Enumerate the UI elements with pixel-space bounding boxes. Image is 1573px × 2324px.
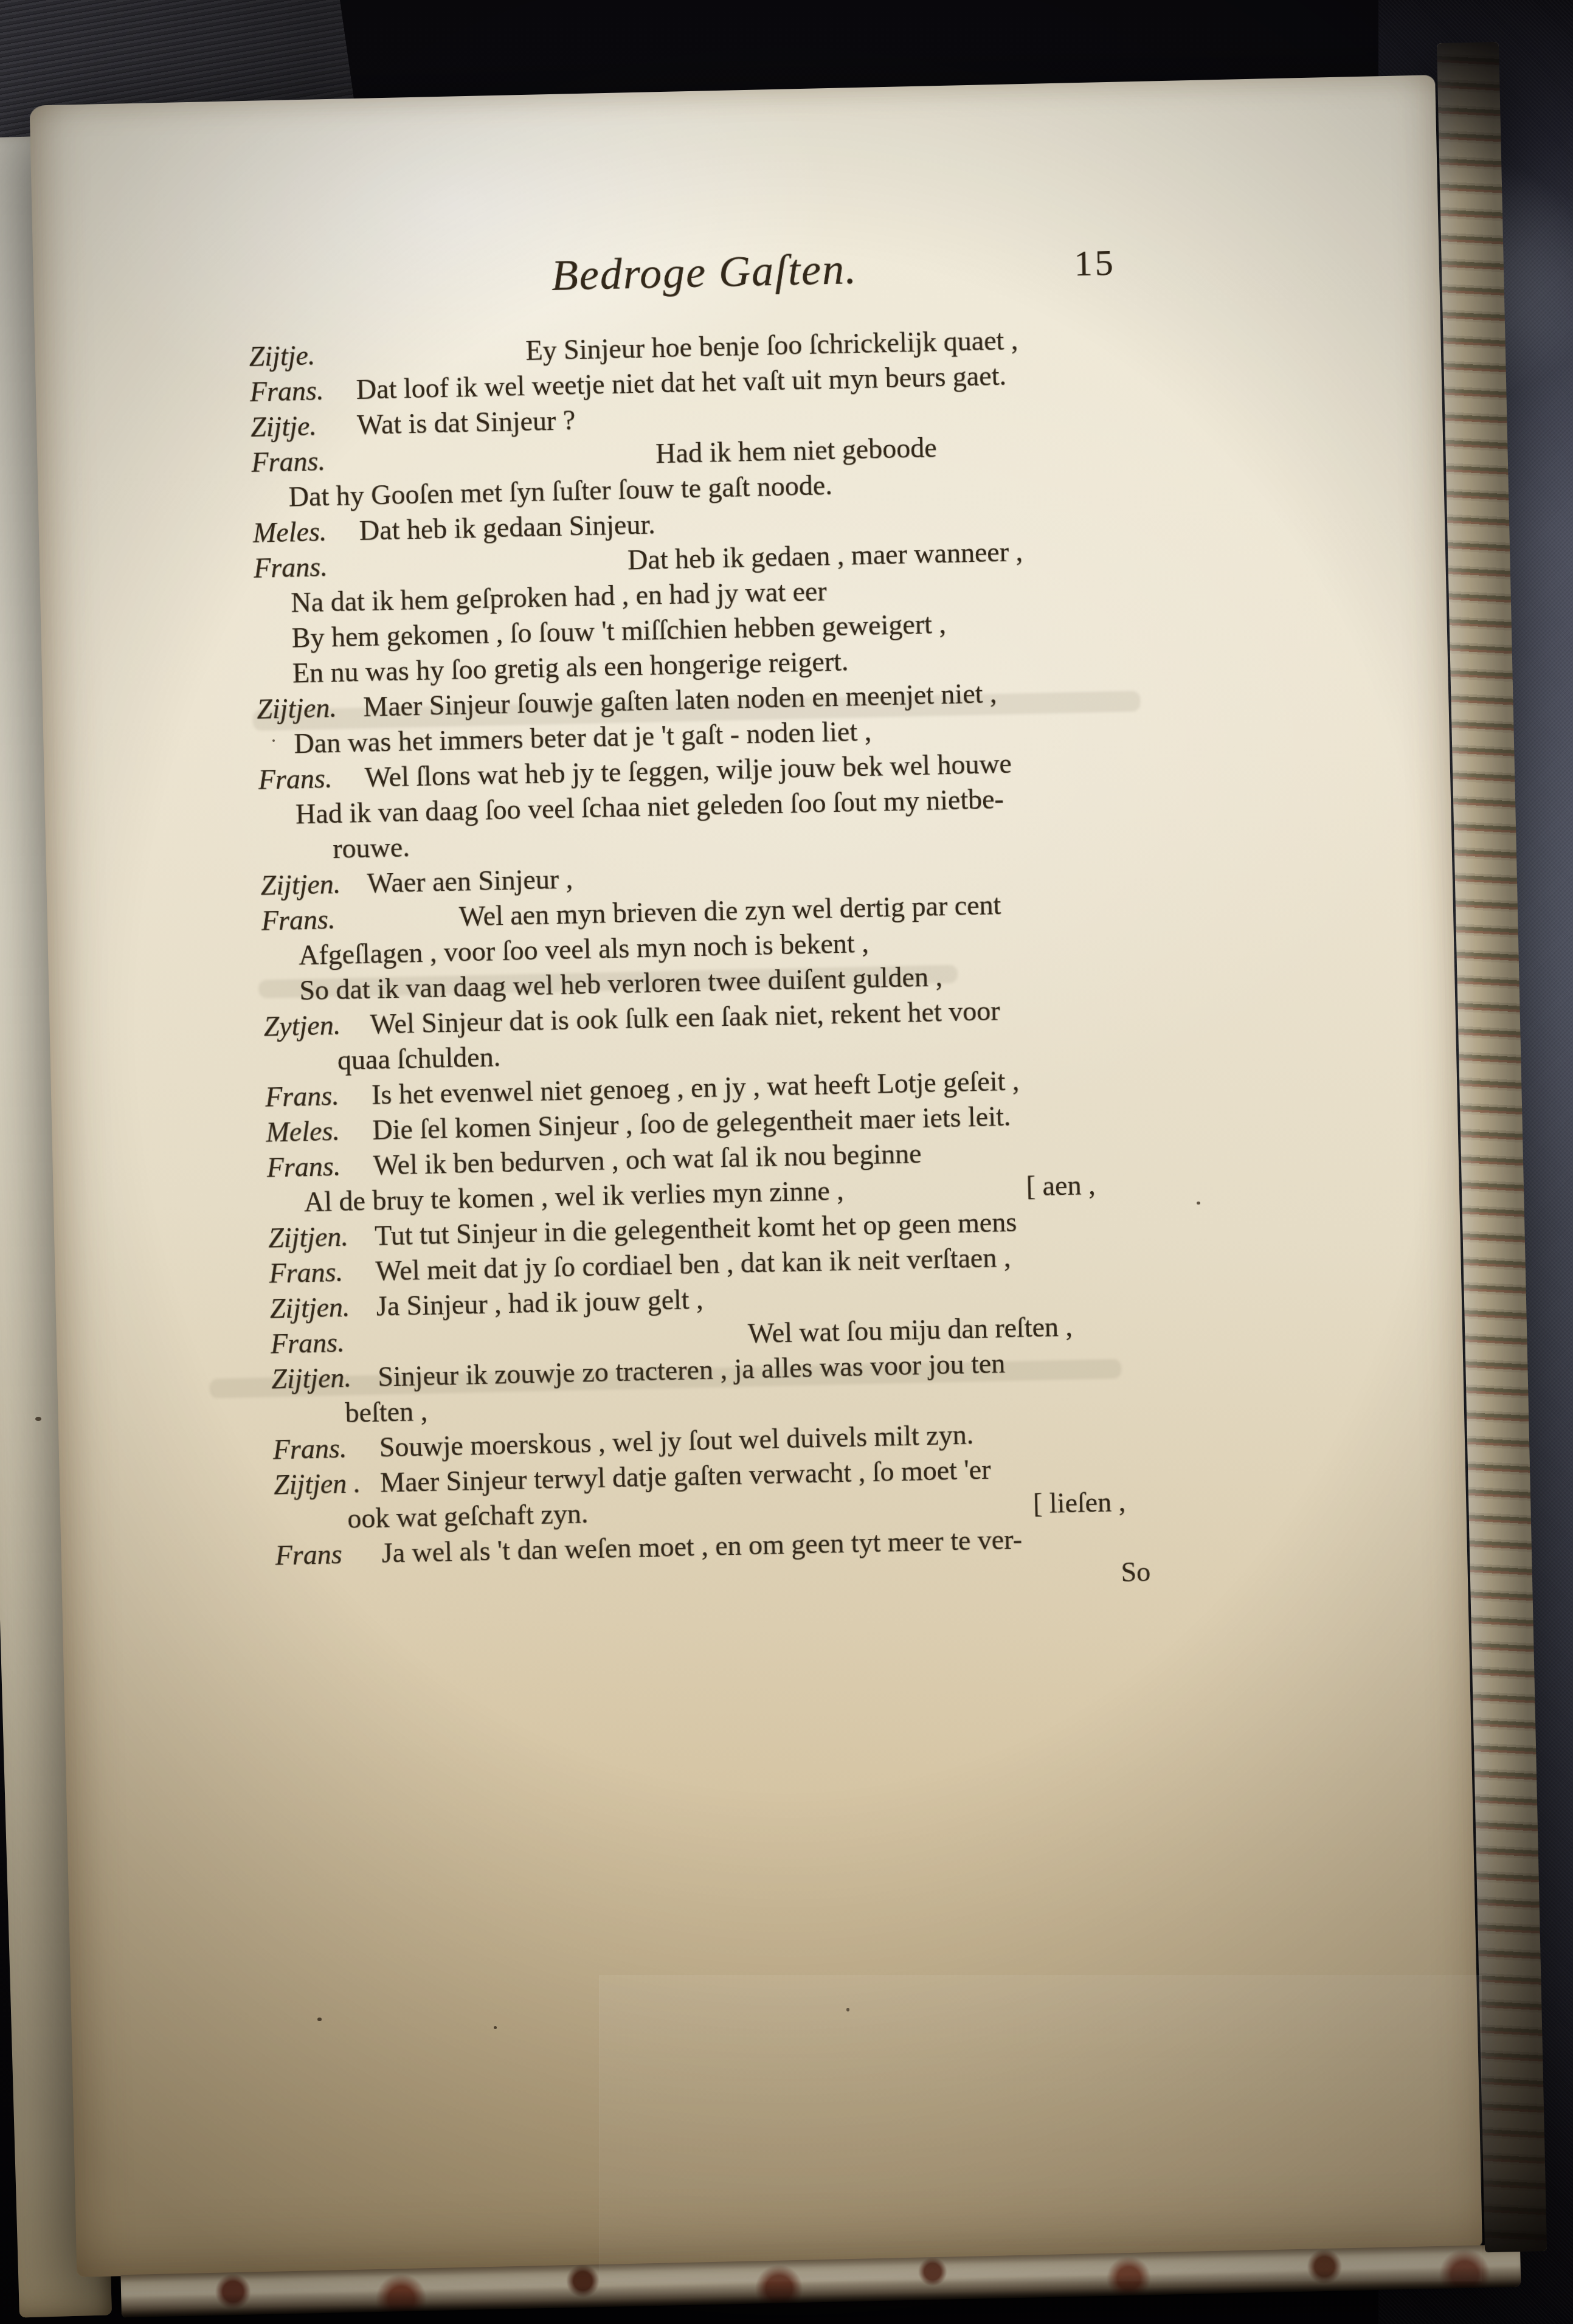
line-text: Had ik hem niet geboode: [655, 430, 938, 471]
speaker-name: Zijtjen .: [274, 1465, 381, 1503]
speaker-name: Frans.: [269, 1254, 376, 1292]
running-header: Bedroge Gaſten. 15: [247, 232, 1403, 317]
ink-speck: [317, 2018, 322, 2021]
photo-exposure-seam: [599, 1975, 1482, 2281]
speaker-name: Frans: [275, 1536, 382, 1574]
speaker-name: Frans.: [258, 760, 365, 798]
speaker-name: Meles.: [266, 1113, 373, 1150]
speaker-name: Zijtjen.: [271, 1360, 378, 1397]
line-text: beſten ,: [345, 1394, 428, 1431]
photo-scene: Bedroge Gaſten. 15 Zijtje.Ey Sinjeur hoe…: [0, 0, 1573, 2324]
line-text: quaa ſchulden.: [337, 1039, 500, 1078]
line-text: ook wat geſchaft zyn.: [347, 1496, 589, 1537]
line-text: Dat heb ik gedaan Sinjeur.: [359, 507, 655, 548]
catchword: So: [1121, 1554, 1151, 1590]
ink-speck: [35, 1417, 41, 1421]
page-number: 15: [1074, 242, 1116, 285]
turnover-bracket: [ aen ,: [1026, 1167, 1096, 1204]
speaker-name: Frans.: [265, 1077, 372, 1115]
speaker-name: Zytjen.: [263, 1007, 370, 1045]
speaker-name: Frans.: [272, 1430, 379, 1468]
speaker-name: Zijtje.: [251, 407, 358, 445]
speaker-name: Frans.: [270, 1324, 377, 1362]
speaker-name: Zijtjen.: [257, 690, 364, 727]
speaker-name: Zijtje.: [249, 337, 356, 375]
text-block: Zijtje.Ey Sinjeur hoe benje ſoo ſchricke…: [249, 314, 1443, 1608]
line-text: rouwe.: [333, 829, 410, 866]
book-page: Bedroge Gaſten. 15 Zijtje.Ey Sinjeur hoe…: [30, 75, 1482, 2277]
line-text: Waer aen Sinjeur ,: [367, 861, 573, 901]
ink-speck: [1197, 1202, 1200, 1205]
page-title: Bedroge Gaſten.: [551, 244, 858, 301]
speaker-name: Zijtjen.: [269, 1289, 376, 1327]
speaker-name: Frans.: [254, 548, 361, 586]
speaker-name: Frans.: [251, 443, 358, 480]
speaker-name: Frans.: [266, 1148, 373, 1186]
speaker-name: Meles.: [252, 513, 359, 551]
speaker-name: Zijtjen.: [268, 1219, 375, 1256]
turnover-bracket: [ lieſen ,: [1032, 1484, 1125, 1521]
ink-speck: [272, 739, 275, 742]
ink-speck: [494, 2026, 497, 2029]
speaker-name: Zijtjen.: [260, 866, 367, 904]
speaker-name: Frans.: [249, 372, 356, 410]
line-text: Wat is dat Sinjeur ?: [357, 403, 576, 443]
speaker-name: Frans.: [261, 901, 368, 939]
